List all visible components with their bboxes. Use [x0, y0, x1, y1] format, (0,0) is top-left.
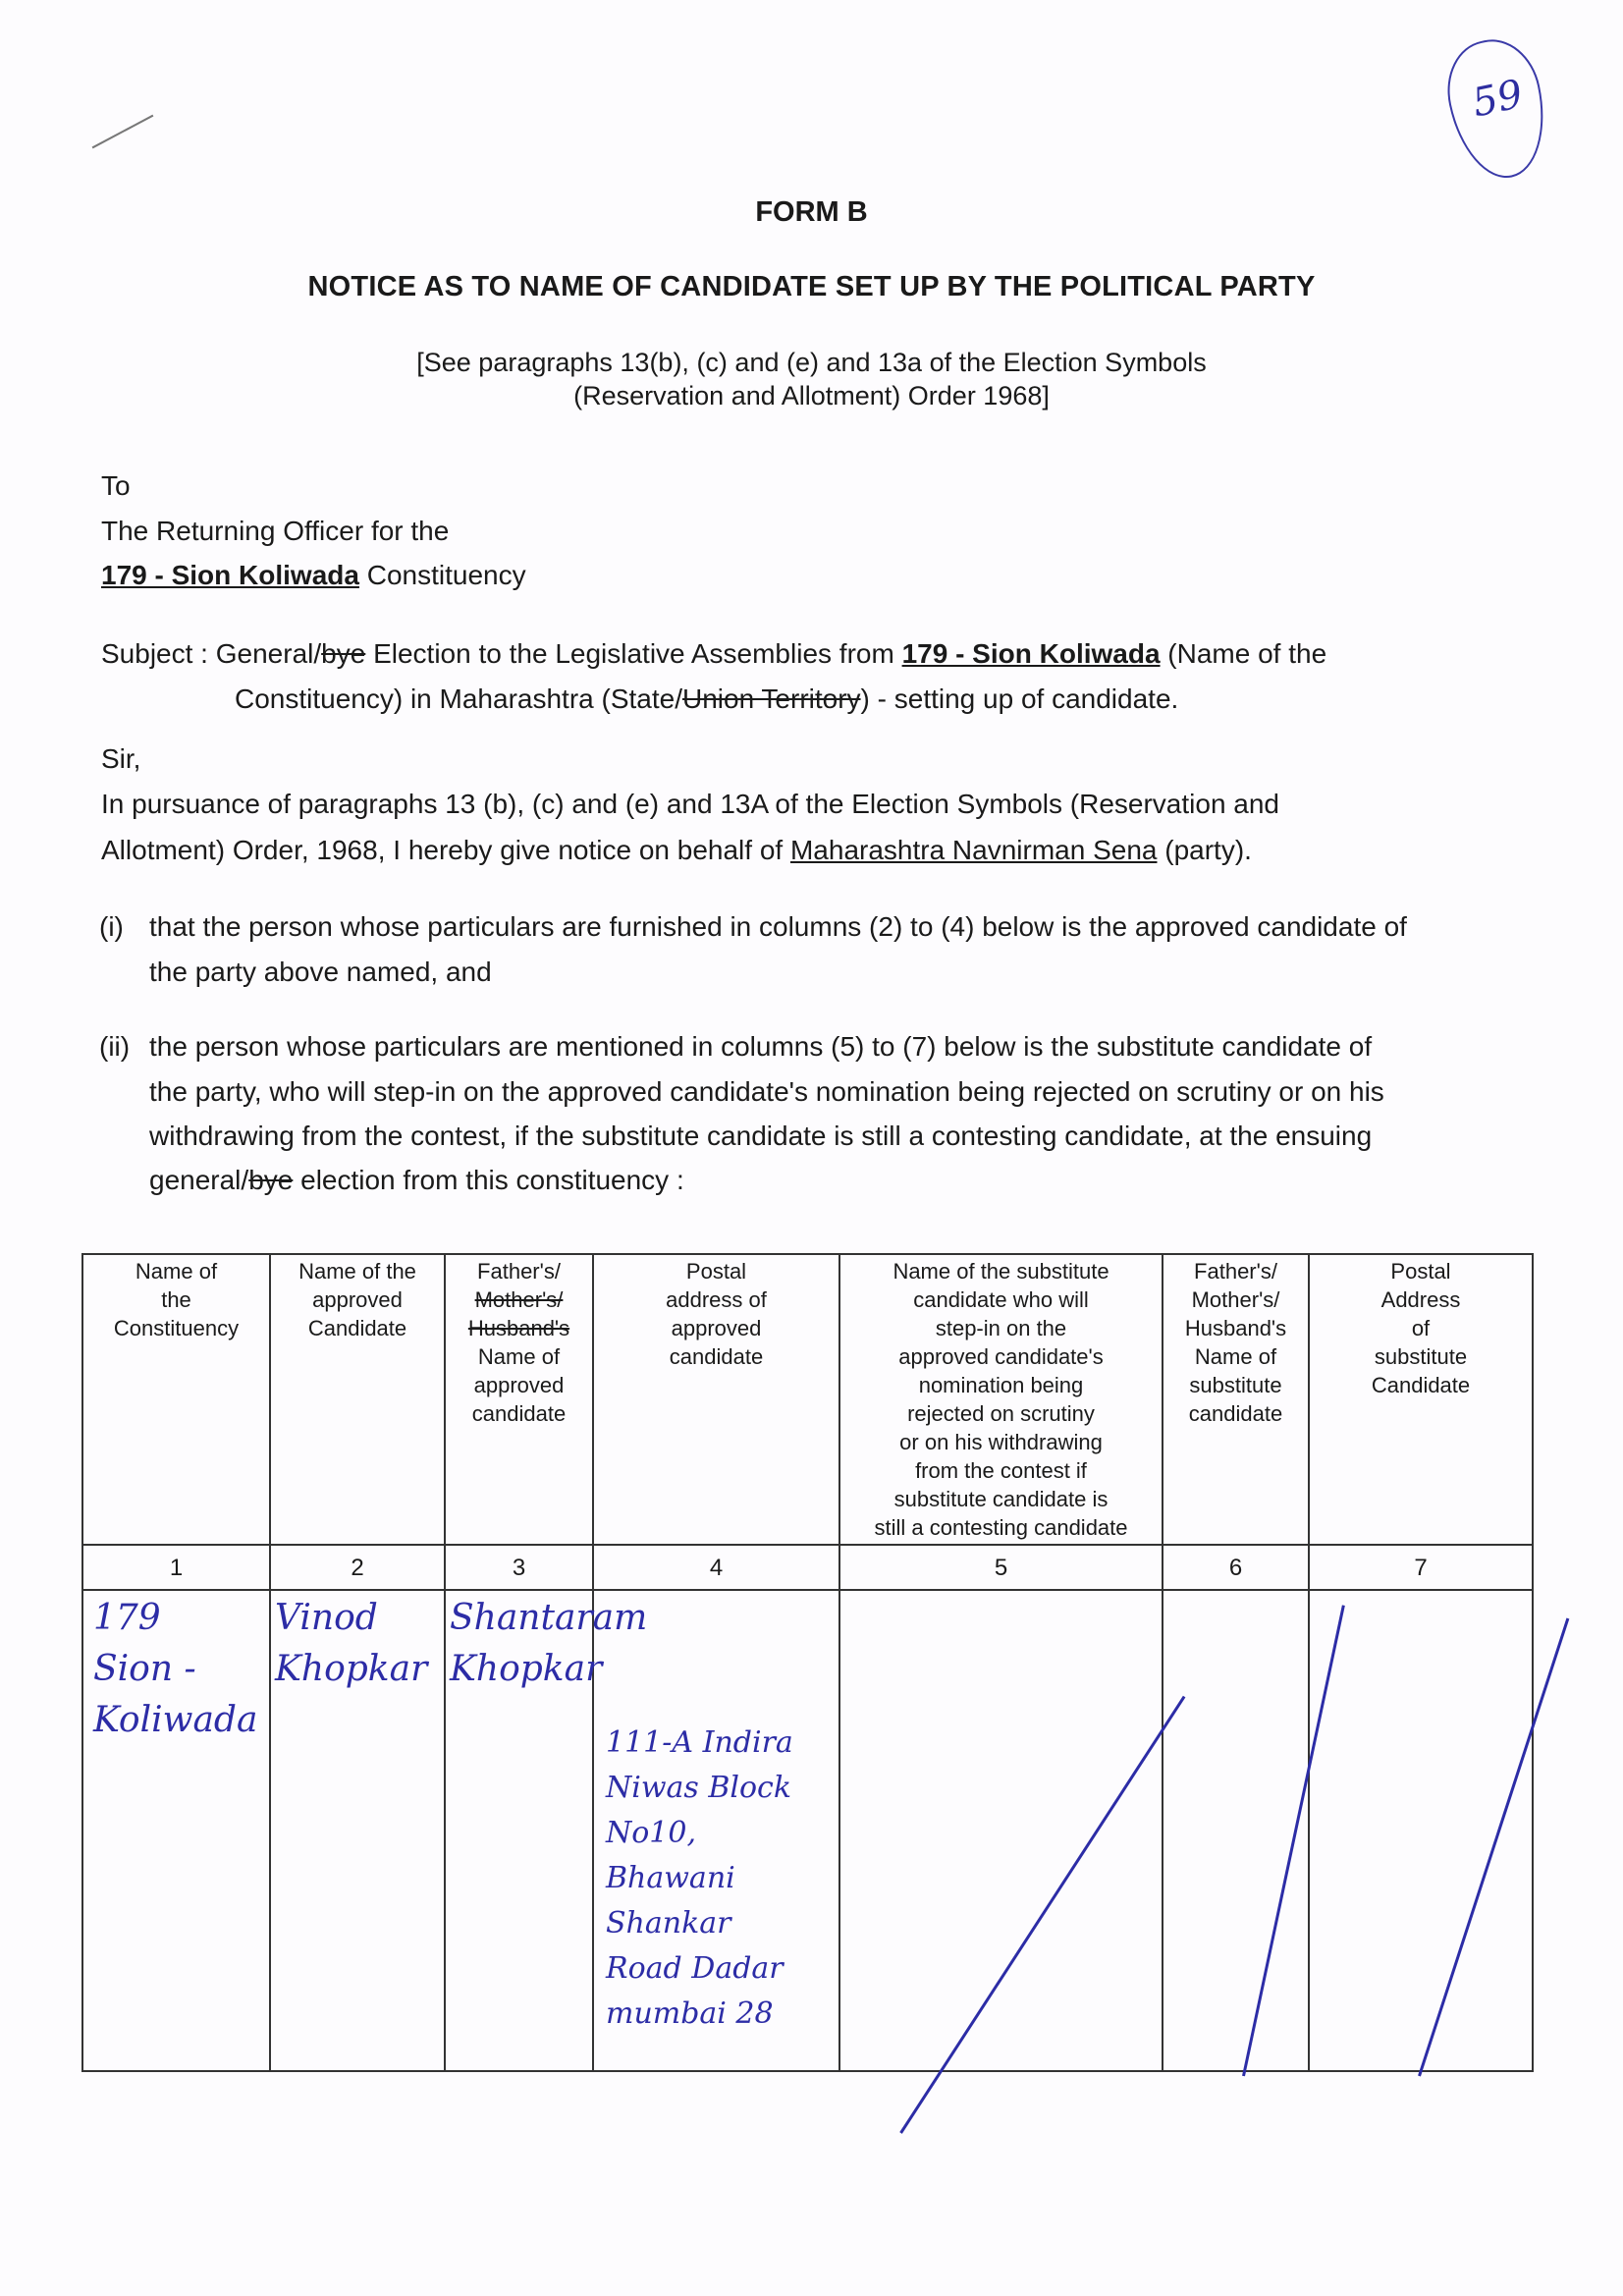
item-i-line-1: that the person whose particulars are fu… — [149, 911, 1407, 943]
cell-substitute-address — [1309, 1590, 1533, 2071]
para1-line-2: Allotment) Order, 1968, I hereby give no… — [101, 835, 1252, 866]
cell-address: 111-A Indira Niwas Block No10, Bhawani S… — [593, 1590, 839, 2071]
header-substitute-name: Name of the substitute candidate who wil… — [839, 1254, 1163, 1545]
cell-father-name: Shantaram Khopkar — [445, 1590, 593, 2071]
col-number: 6 — [1163, 1545, 1309, 1590]
table-header-row: Name of the Constituency Name of the app… — [82, 1254, 1533, 1545]
para1-line-1: In pursuance of paragraphs 13 (b), (c) a… — [101, 789, 1279, 820]
struck-mothers: Mother's/ — [450, 1285, 588, 1314]
header-constituency: Name of the Constituency — [82, 1254, 270, 1545]
cell-candidate: Vinod Khopkar — [270, 1590, 445, 2071]
header-approved-candidate: Name of the approved Candidate — [270, 1254, 445, 1545]
cell-substitute-father — [1163, 1590, 1309, 2071]
blank-strike-mark — [1418, 1618, 1569, 2077]
header-approved-father: Father's/ Mother's/ Husband's Name of ap… — [445, 1254, 593, 1545]
to-label: To — [101, 470, 131, 502]
subject-constituency: 179 - Sion Koliwada — [902, 638, 1161, 669]
salutation: Sir, — [101, 743, 140, 775]
col-number: 1 — [82, 1545, 270, 1590]
item-ii-line-4: general/bye election from this constitue… — [149, 1165, 684, 1196]
officer-line: The Returning Officer for the — [101, 516, 449, 547]
subject-line-2: Constituency) in Maharashtra (State/Unio… — [235, 683, 1178, 715]
notice-title: NOTICE AS TO NAME OF CANDIDATE SET UP BY… — [0, 271, 1623, 303]
col-number: 4 — [593, 1545, 839, 1590]
reference-note: [See paragraphs 13(b), (c) and (e) and 1… — [0, 346, 1623, 412]
blank-strike-mark — [899, 1696, 1185, 2134]
form-b-page: 59 FORM B NOTICE AS TO NAME OF CANDIDATE… — [0, 0, 1623, 2296]
struck-union-territory: Union Territory — [682, 683, 861, 714]
col-number: 5 — [839, 1545, 1163, 1590]
form-title: FORM B — [0, 196, 1623, 229]
struck-bye-2: bye — [248, 1165, 293, 1195]
column-number-row: 1 2 3 4 5 6 7 — [82, 1545, 1533, 1590]
col-number: 3 — [445, 1545, 593, 1590]
item-i-line-2: the party above named, and — [149, 957, 492, 988]
item-ii-line-3: withdrawing from the contest, if the sub… — [149, 1121, 1372, 1152]
item-i-marker: (i) — [99, 911, 124, 943]
party-name: Maharashtra Navnirman Sena — [790, 835, 1158, 865]
table-row: 179 Sion - Koliwada Vinod Khopkar Shanta… — [82, 1590, 1533, 2071]
constituency-line: 179 - Sion Koliwada Constituency — [101, 560, 526, 591]
subject-label: Subject — [101, 638, 192, 669]
item-ii-line-2: the party, who will step-in on the appro… — [149, 1076, 1384, 1108]
header-substitute-address: Postal Address of substitute Candidate — [1309, 1254, 1533, 1545]
header-approved-address: Postal address of approved candidate — [593, 1254, 839, 1545]
struck-bye: bye — [321, 638, 365, 669]
struck-husbands: Husband's — [450, 1314, 588, 1342]
item-ii-line-1: the person whose particulars are mention… — [149, 1031, 1372, 1063]
header-substitute-father: Father's/ Mother's/ Husband's Name of su… — [1163, 1254, 1309, 1545]
candidate-table: Name of the Constituency Name of the app… — [81, 1253, 1534, 2072]
cell-substitute-name — [839, 1590, 1163, 2071]
subject-line-1: Subject : General/bye Election to the Le… — [101, 638, 1326, 670]
col-number: 7 — [1309, 1545, 1533, 1590]
pen-mark — [92, 115, 154, 149]
item-ii-marker: (ii) — [99, 1031, 130, 1063]
page-number-mark: 59 — [1437, 31, 1556, 187]
reference-line-1: [See paragraphs 13(b), (c) and (e) and 1… — [0, 346, 1623, 379]
reference-line-2: (Reservation and Allotment) Order 1968] — [0, 379, 1623, 412]
col-number: 2 — [270, 1545, 445, 1590]
constituency-name: 179 - Sion Koliwada — [101, 560, 359, 590]
page-number: 59 — [1469, 72, 1527, 127]
cell-constituency: 179 Sion - Koliwada — [82, 1590, 270, 2071]
